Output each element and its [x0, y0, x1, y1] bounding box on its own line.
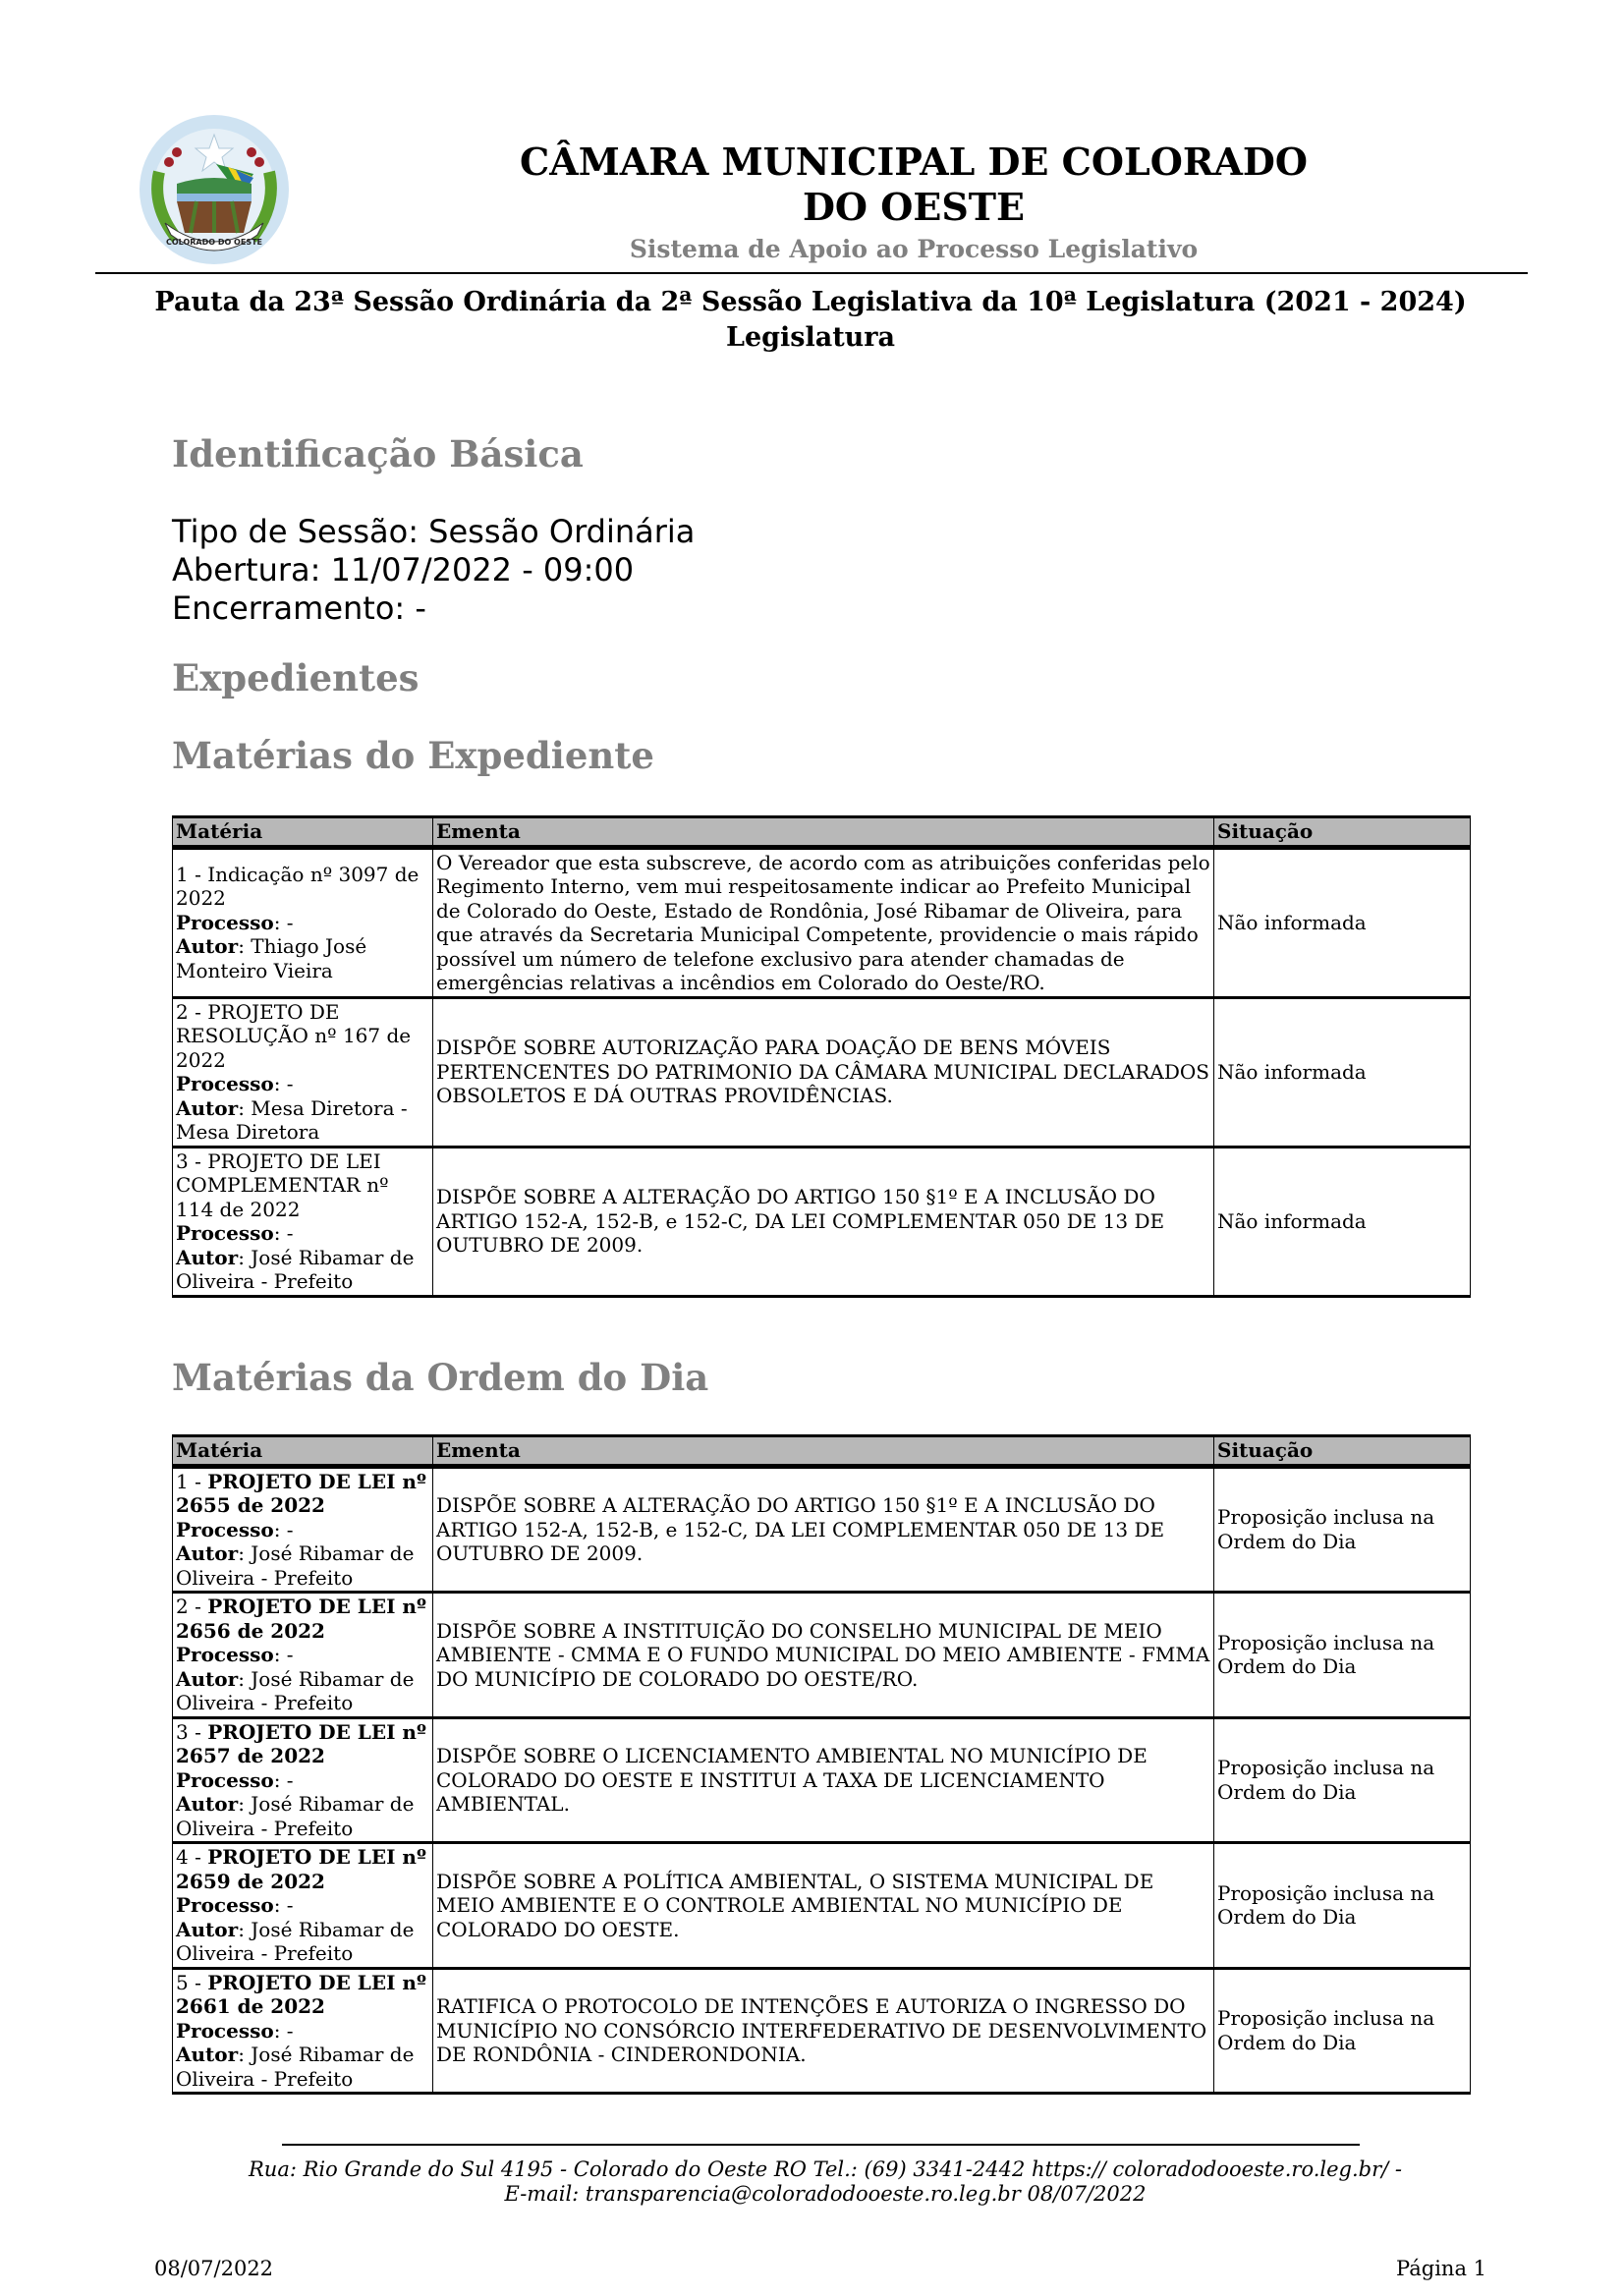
- heading-materias-expediente: Matérias do Expediente: [172, 734, 654, 777]
- cell-ementa: DISPÕE SOBRE A POLÍTICA AMBIENTAL, O SIS…: [433, 1843, 1214, 1969]
- processo-value: : -: [274, 1518, 294, 1541]
- cell-materia: 2 - PROJETO DE LEI nº 2656 de 2022Proces…: [173, 1593, 433, 1718]
- materia-title[interactable]: PROJETO DE LEI nº 2657 de 2022: [176, 1720, 426, 1768]
- processo-value: : -: [274, 1221, 294, 1245]
- materia-title[interactable]: PROJETO DE LEI nº 2655 de 2022: [176, 1470, 426, 1518]
- materia-number: 1 -: [176, 1470, 207, 1493]
- processo-label: Processo: [176, 911, 274, 934]
- materia-number: 4 -: [176, 1845, 207, 1869]
- cell-ementa: DISPÕE SOBRE A INSTITUIÇÃO DO CONSELHO M…: [433, 1593, 1214, 1718]
- table-header-row: Matéria Ementa Situação: [173, 817, 1471, 848]
- processo-label: Processo: [176, 1221, 274, 1245]
- column-header-situacao: Situação: [1214, 1436, 1471, 1467]
- cell-materia: 4 - PROJETO DE LEI nº 2659 de 2022Proces…: [173, 1843, 433, 1969]
- footer-divider: [282, 2144, 1360, 2146]
- footer-address: Rua: Rio Grande do Sul 4195 - Colorado d…: [246, 2157, 1405, 2207]
- table-row: 1 - Indicação nº 3097 de 2022Processo: -…: [173, 847, 1471, 997]
- session-closing: Encerramento: -: [172, 589, 695, 628]
- materia-title[interactable]: 2 - PROJETO DE RESOLUÇÃO nº 167 de 2022: [176, 1000, 411, 1072]
- cell-materia: 3 - PROJETO DE LEI nº 2657 de 2022Proces…: [173, 1717, 433, 1843]
- autor-label: Autor: [176, 1096, 238, 1120]
- column-header-ementa: Ementa: [433, 817, 1214, 848]
- session-opening: Abertura: 11/07/2022 - 09:00: [172, 551, 695, 589]
- table-row: 3 - PROJETO DE LEI COMPLEMENTAR nº 114 d…: [173, 1147, 1471, 1296]
- table-row: 1 - PROJETO DE LEI nº 2655 de 2022Proces…: [173, 1466, 1471, 1593]
- processo-label: Processo: [176, 1518, 274, 1541]
- cell-situacao: Não informada: [1214, 847, 1471, 997]
- autor-label: Autor: [176, 1792, 238, 1816]
- header-divider: [95, 272, 1528, 274]
- cell-ementa: DISPÕE SOBRE AUTORIZAÇÃO PARA DOAÇÃO DE …: [433, 997, 1214, 1147]
- processo-value: : -: [274, 1768, 294, 1792]
- table-materias-expediente: Matéria Ementa Situação 1 - Indicação nº…: [172, 815, 1471, 1298]
- processo-value: : -: [274, 1072, 294, 1095]
- autor-label: Autor: [176, 2043, 238, 2066]
- processo-value: : -: [274, 1643, 294, 1666]
- heading-materias-ordem: Matérias da Ordem do Dia: [172, 1356, 708, 1399]
- cell-situacao: Proposição inclusa na Ordem do Dia: [1214, 1593, 1471, 1718]
- column-header-materia: Matéria: [173, 817, 433, 848]
- cell-ementa: DISPÕE SOBRE A ALTERAÇÃO DO ARTIGO 150 §…: [433, 1466, 1214, 1593]
- materia-number: 3 -: [176, 1720, 207, 1744]
- processo-label: Processo: [176, 1893, 274, 1917]
- table-row: 2 - PROJETO DE LEI nº 2656 de 2022Proces…: [173, 1593, 1471, 1718]
- column-header-materia: Matéria: [173, 1436, 433, 1467]
- session-type: Tipo de Sessão: Sessão Ordinária: [172, 513, 695, 551]
- institution-title: CÂMARA MUNICIPAL DE COLORADO DO OESTE: [373, 140, 1454, 230]
- table-row: 2 - PROJETO DE RESOLUÇÃO nº 167 de 2022P…: [173, 997, 1471, 1147]
- autor-label: Autor: [176, 1918, 238, 1941]
- autor-label: Autor: [176, 1246, 238, 1269]
- cell-ementa: RATIFICA O PROTOCOLO DE INTENÇÕES E AUTO…: [433, 1968, 1214, 2094]
- table-row: 5 - PROJETO DE LEI nº 2661 de 2022Proces…: [173, 1968, 1471, 2094]
- materia-title[interactable]: PROJETO DE LEI nº 2661 de 2022: [176, 1971, 426, 2019]
- session-info: Tipo de Sessão: Sessão Ordinária Abertur…: [172, 513, 695, 628]
- cell-situacao: Não informada: [1214, 1147, 1471, 1296]
- cell-situacao: Proposição inclusa na Ordem do Dia: [1214, 1717, 1471, 1843]
- page-number: Página 1: [1396, 2257, 1486, 2280]
- table-row: 3 - PROJETO DE LEI nº 2657 de 2022Proces…: [173, 1717, 1471, 1843]
- institution-title-line2: DO OESTE: [373, 185, 1454, 230]
- cell-materia: 1 - PROJETO DE LEI nº 2655 de 2022Proces…: [173, 1466, 433, 1593]
- cell-materia: 2 - PROJETO DE RESOLUÇÃO nº 167 de 2022P…: [173, 997, 433, 1147]
- table-row: 4 - PROJETO DE LEI nº 2659 de 2022Proces…: [173, 1843, 1471, 1969]
- processo-value: : -: [274, 911, 294, 934]
- materia-title[interactable]: PROJETO DE LEI nº 2656 de 2022: [176, 1595, 426, 1643]
- materia-number: 2 -: [176, 1595, 207, 1618]
- cell-ementa: DISPÕE SOBRE A ALTERAÇÃO DO ARTIGO 150 §…: [433, 1147, 1214, 1296]
- processo-value: : -: [274, 2019, 294, 2043]
- cell-situacao: Proposição inclusa na Ordem do Dia: [1214, 1968, 1471, 2094]
- processo-label: Processo: [176, 2019, 274, 2043]
- materia-number: 5 -: [176, 1971, 207, 1994]
- column-header-situacao: Situação: [1214, 817, 1471, 848]
- pauta-title: Pauta da 23ª Sessão Ordinária da 2ª Sess…: [108, 285, 1513, 356]
- materia-title[interactable]: PROJETO DE LEI nº 2659 de 2022: [176, 1845, 426, 1893]
- table-materias-ordem: Matéria Ementa Situação 1 - PROJETO DE L…: [172, 1434, 1471, 2095]
- cell-situacao: Proposição inclusa na Ordem do Dia: [1214, 1466, 1471, 1593]
- cell-ementa: DISPÕE SOBRE O LICENCIAMENTO AMBIENTAL N…: [433, 1717, 1214, 1843]
- cell-materia: 5 - PROJETO DE LEI nº 2661 de 2022Proces…: [173, 1968, 433, 2094]
- cell-materia: 1 - Indicação nº 3097 de 2022Processo: -…: [173, 847, 433, 997]
- coat-of-arms-logo: COLORADO DO OESTE: [138, 113, 291, 266]
- table-header-row: Matéria Ementa Situação: [173, 1436, 1471, 1467]
- materia-title[interactable]: 1 - Indicação nº 3097 de 2022: [176, 863, 419, 911]
- autor-label: Autor: [176, 1541, 238, 1565]
- footer-date: 08/07/2022: [154, 2257, 273, 2280]
- processo-label: Processo: [176, 1643, 274, 1666]
- system-subtitle: Sistema de Apoio ao Processo Legislativo: [373, 235, 1454, 263]
- column-header-ementa: Ementa: [433, 1436, 1214, 1467]
- heading-identificacao: Identificação Básica: [172, 432, 584, 476]
- cell-situacao: Proposição inclusa na Ordem do Dia: [1214, 1843, 1471, 1969]
- autor-label: Autor: [176, 934, 238, 958]
- processo-label: Processo: [176, 1072, 274, 1095]
- processo-label: Processo: [176, 1768, 274, 1792]
- cell-materia: 3 - PROJETO DE LEI COMPLEMENTAR nº 114 d…: [173, 1147, 433, 1296]
- materia-title[interactable]: 3 - PROJETO DE LEI COMPLEMENTAR nº 114 d…: [176, 1149, 388, 1221]
- heading-expedientes: Expedientes: [172, 656, 420, 700]
- logo-ribbon-text: COLORADO DO OESTE: [166, 238, 262, 247]
- processo-value: : -: [274, 1893, 294, 1917]
- autor-label: Autor: [176, 1667, 238, 1691]
- cell-situacao: Não informada: [1214, 997, 1471, 1147]
- institution-title-line1: CÂMARA MUNICIPAL DE COLORADO: [373, 140, 1454, 185]
- cell-ementa: O Vereador que esta subscreve, de acordo…: [433, 847, 1214, 997]
